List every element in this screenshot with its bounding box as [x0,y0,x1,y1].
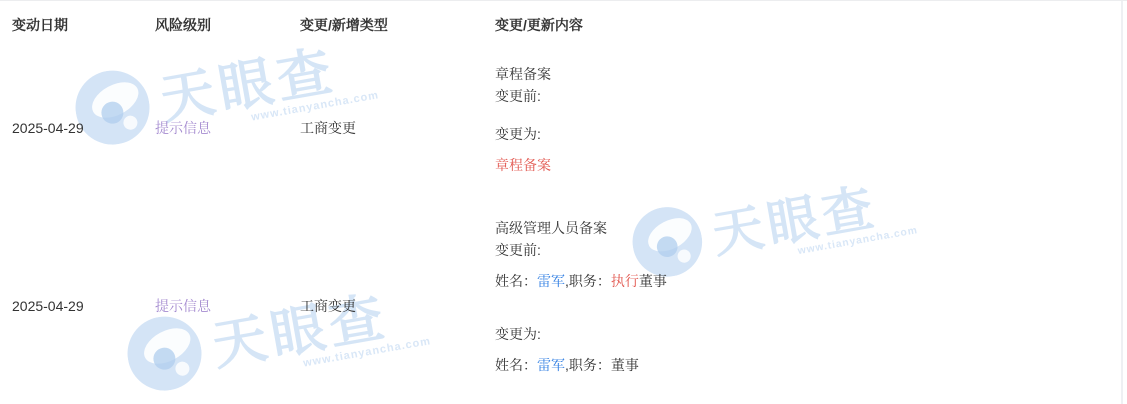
content-segment: 董事 [639,273,667,289]
column-header-change-date: 变动日期 [0,15,143,35]
content-segment: ,职务： [565,273,611,289]
column-header-risk-level: 风险级别 [143,15,288,35]
risk-level-tag: 提示信息 [155,120,211,136]
after-label: 变更为: [495,124,1127,144]
change-type: 工商变更 [288,296,483,316]
change-content-cell: 高级管理人员备案 变更前: 姓名：雷军,职务：执行董事 变更为: 姓名：雷军,职… [483,206,1127,404]
table-row: 2025-04-29 提示信息 工商变更 高级管理人员备案 变更前: 姓名：雷军… [0,206,1127,404]
content-segment: 执行 [611,273,639,289]
content-segment: 姓名： [495,357,537,373]
content-title: 章程备案 [495,64,1127,84]
table-body: 2025-04-29 提示信息 工商变更 章程备案 变更前: 变更为: 章程备案… [0,49,1127,404]
content-segment: 章程备案 [495,157,551,173]
change-date: 2025-04-29 [0,298,143,314]
person-link[interactable]: 雷军 [537,273,565,289]
before-label: 变更前: [495,86,1127,106]
change-date: 2025-04-29 [0,120,143,136]
before-content: 姓名：雷军,职务：执行董事 [495,271,1127,291]
change-type: 工商变更 [288,118,483,138]
scrollbar-track[interactable] [1121,1,1123,404]
content-segment: 董事 [611,357,639,373]
table-header: 变动日期 风险级别 变更/新增类型 变更/更新内容 [0,1,1127,49]
risk-level-tag: 提示信息 [155,298,211,314]
column-header-change-type: 变更/新增类型 [288,15,483,35]
risk-level-cell: 提示信息 [143,296,288,316]
after-content: 姓名：雷军,职务：董事 [495,355,1127,375]
table-row: 2025-04-29 提示信息 工商变更 章程备案 变更前: 变更为: 章程备案 [0,49,1127,206]
person-link[interactable]: 雷军 [537,357,565,373]
content-title: 高级管理人员备案 [495,218,1127,238]
change-records-panel: 变动日期 风险级别 变更/新增类型 变更/更新内容 2025-04-29 提示信… [0,0,1127,404]
change-content-cell: 章程备案 变更前: 变更为: 章程备案 [483,49,1127,206]
after-label: 变更为: [495,324,1127,344]
risk-level-cell: 提示信息 [143,118,288,138]
before-label: 变更前: [495,240,1127,260]
content-segment: 姓名： [495,273,537,289]
column-header-change-content: 变更/更新内容 [483,15,1127,35]
after-content: 章程备案 [495,155,1127,175]
content-segment: ,职务： [565,357,611,373]
